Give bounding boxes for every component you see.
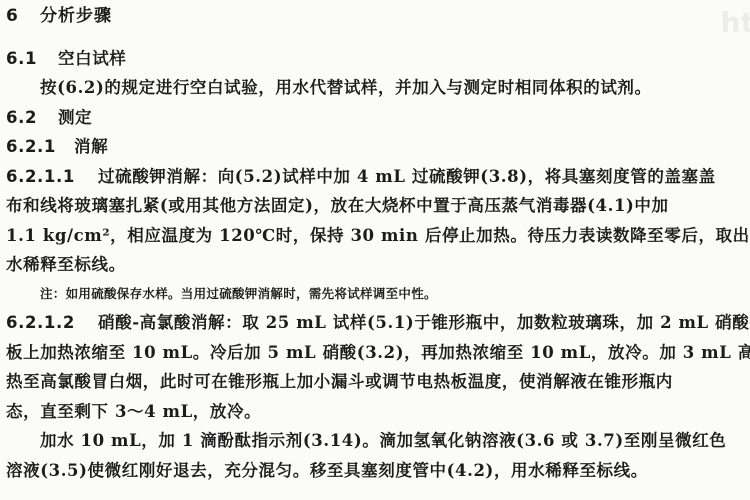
subsection-number: 6.2 (6, 108, 58, 128)
persulfate-note: 注：如用硫酸保存水样。当用过硫酸钾消解时，需先将试样调至中性。 (40, 284, 437, 304)
subsection-6-2-1-heading: 6.2.1消解 (6, 137, 108, 157)
section-heading: 6分析步骤 (6, 6, 112, 26)
section-title: 分析步骤 (40, 6, 112, 26)
subsection-title: 测定 (58, 108, 92, 127)
blank-sample-text: 按(6.2)的规定进行空白试验，用水代替试样，并加入与测定时相同体积的试剂。 (40, 78, 652, 98)
nitric-para2-line-2: 溶液(3.5)使微红刚好退去，充分混匀。移至具塞刻度管中(4.2)，用水稀释至标… (6, 461, 648, 481)
nitric-para2-line-1: 加水 10 mL，加 1 滴酚酞指示剂(3.14)。滴加氢氧化钠溶液(3.6 或… (40, 431, 726, 451)
subsection-title: 消解 (74, 137, 108, 156)
persulfate-line-2: 布和线将玻璃塞扎紧(或用其他方法固定)，放在大烧杯中置于高压蒸气消毒器(4.1)… (6, 196, 669, 216)
clause-number: 6.2.1.2 (6, 313, 98, 333)
watermark: ht (721, 6, 750, 39)
subsection-6-1-heading: 6.1空白试样 (6, 49, 126, 69)
subsection-6-2-heading: 6.2测定 (6, 108, 92, 128)
persulfate-line-3: 1.1 kg/cm²，相应温度为 120℃时，保持 30 min 后停止加热。待… (6, 226, 750, 246)
document-page: ht 6分析步骤 6.1空白试样 按(6.2)的规定进行空白试验，用水代替试样，… (0, 0, 750, 500)
persulfate-line-1: 6.2.1.1过硫酸钾消解：向(5.2)试样中加 4 mL 过硫酸钾(3.8)，… (6, 167, 716, 187)
section-number: 6 (6, 6, 40, 26)
clause-number: 6.2.1.1 (6, 167, 98, 187)
subsection-title: 空白试样 (58, 49, 126, 68)
subsection-number: 6.2.1 (6, 137, 74, 157)
persulfate-line-4: 水稀释至标线。 (6, 255, 126, 275)
nitric-line-1: 6.2.1.2硝酸-高氯酸消解：取 25 mL 试样(5.1)于锥形瓶中，加数粒… (6, 313, 749, 333)
clause-text: 硝酸-高氯酸消解：取 25 mL 试样(5.1)于锥形瓶中，加数粒玻璃珠，加 2… (98, 313, 749, 332)
subsection-number: 6.1 (6, 49, 58, 69)
nitric-line-2: 板上加热浓缩至 10 mL。冷后加 5 mL 硝酸(3.2)，再加热浓缩至 10… (6, 343, 750, 363)
nitric-line-4: 态，直至剩下 3～4 mL，放冷。 (6, 402, 261, 422)
nitric-line-3: 热至高氯酸冒白烟，此时可在锥形瓶上加小漏斗或调节电热板温度，使消解液在锥形瓶内 (6, 372, 673, 392)
clause-text: 过硫酸钾消解：向(5.2)试样中加 4 mL 过硫酸钾(3.8)，将具塞刻度管的… (98, 167, 716, 186)
